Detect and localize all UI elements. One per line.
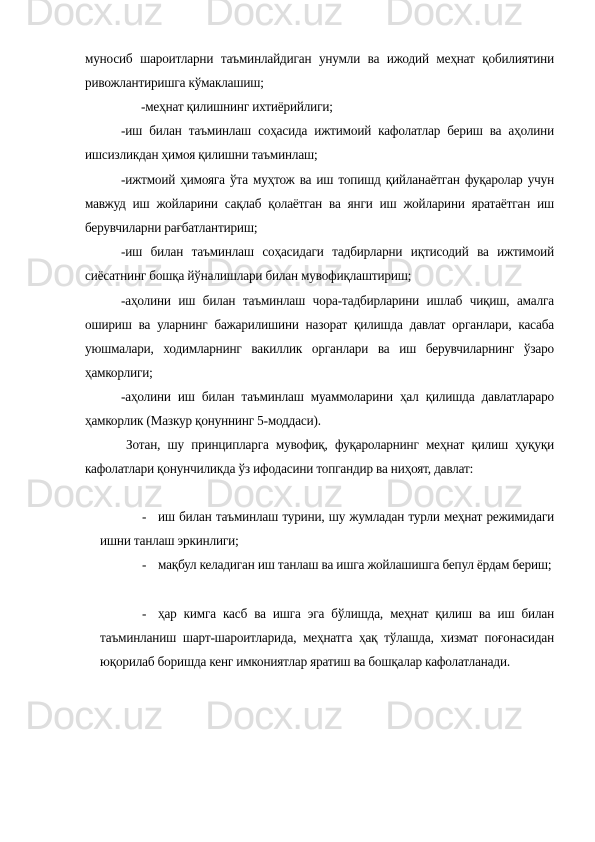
list-item: -иш билан таъминлаш турини, шу жумладан … (100, 505, 554, 553)
list-item-text: иш билан таъминлаш турини, шу жумладан т… (100, 509, 554, 548)
list-item: -ҳар кимга касб ва ишга эга бўлишда, меҳ… (100, 602, 554, 674)
paragraph-policy-coordination: -иш билан таъминлаш соҳасидаги тадбирлар… (85, 240, 554, 288)
paragraph-conclusion: Зотан, шу принципларга мувофиқ, фуқарола… (85, 433, 554, 481)
paragraph-employer-incentives: -ижтмоий ҳимояга ўта муҳтож ва иш топишд… (85, 168, 554, 240)
list-marker: - (142, 553, 158, 577)
list-marker: - (142, 602, 158, 626)
paragraph-cooperation: -аҳолини иш билан таъминлаш чора-тадбирл… (85, 289, 554, 385)
document-page: муносиб шароитларни таъминлайдиган унумл… (0, 0, 595, 842)
list-item-text: мақбул келадиган иш танлаш ва ишга жойла… (158, 557, 551, 572)
list-marker: - (142, 505, 158, 529)
paragraph-interstate-cooperation: -аҳолини иш билан таъминлаш муаммоларини… (85, 385, 554, 433)
paragraph-continuation: муносиб шароитларни таъминлайдиган унумл… (85, 47, 554, 95)
paragraph-voluntary-labor: -меҳнат қилишнинг ихтиёрийлиги; (141, 95, 554, 119)
paragraph-social-guarantees: -иш билан таъминлаш соҳасида ижтимоий ка… (85, 119, 554, 167)
list-item: -мақбул келадиган иш танлаш ва ишга жойл… (100, 553, 554, 577)
list-item-text: ҳар кимга касб ва ишга эга бўлишда, меҳн… (100, 606, 554, 669)
